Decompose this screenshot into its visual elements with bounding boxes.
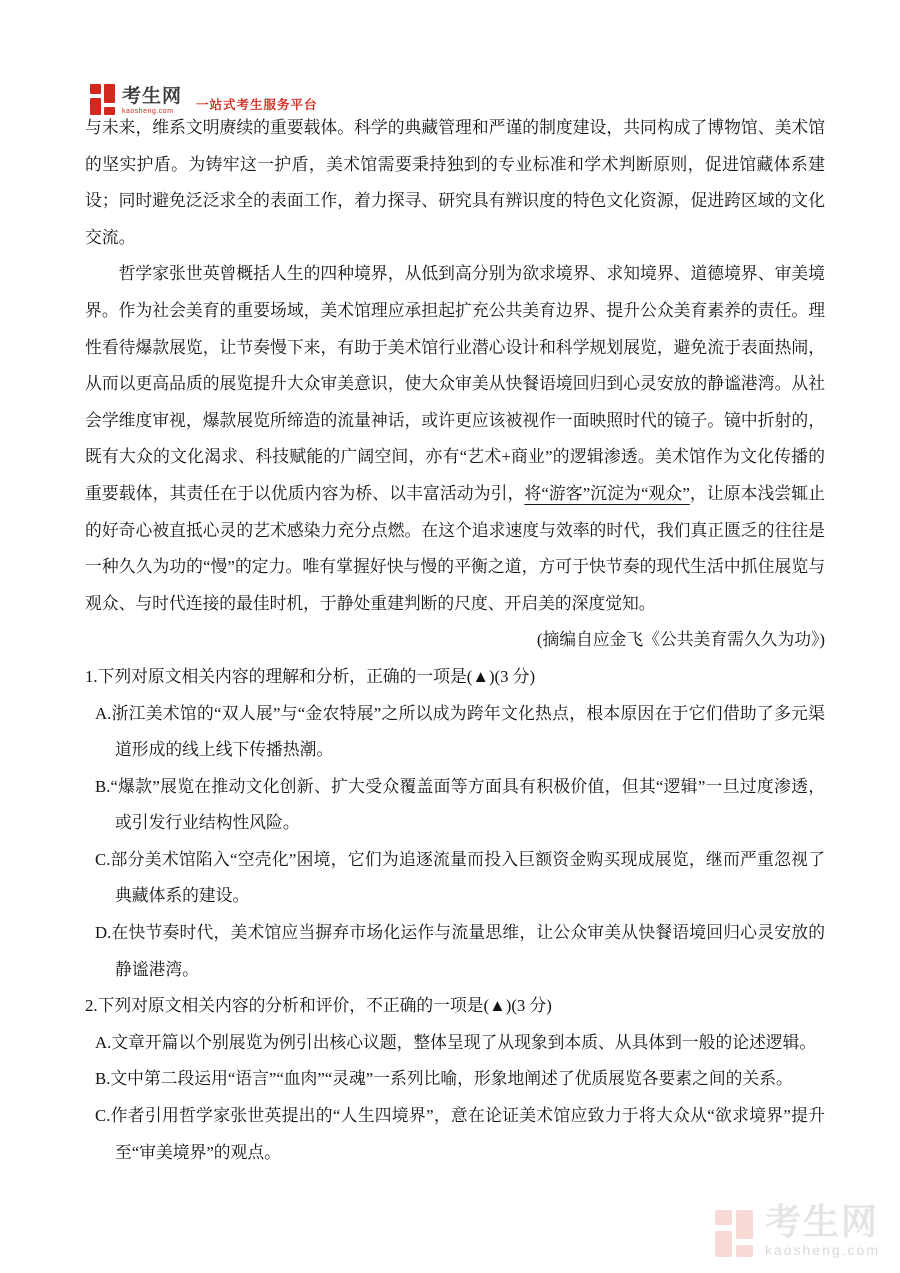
question-2-option-a: A.文章开篇以个别展览为例引出核心议题，整体呈现了从现象到本质、从具体到一般的论…	[115, 1025, 825, 1062]
passage-paragraph-2: 哲学家张世英曾概括人生的四种境界，从低到高分别为欲求境界、求知境界、道德境界、审…	[85, 256, 825, 622]
watermark-brand-domain: kaosheng.com	[765, 1243, 880, 1257]
question-1-option-a: A.浙江美术馆的“双人展”与“金农特展”之所以成为跨年文化热点，根本原因在于它们…	[115, 696, 825, 769]
question-1-stem: 1.下列对原文相关内容的理解和分析，正确的一项是(▲)(3 分)	[85, 659, 825, 696]
question-2-stem: 2.下列对原文相关内容的分析和评价，不正确的一项是(▲)(3 分)	[85, 988, 825, 1025]
document-content: 与未来，维系文明赓续的重要载体。科学的典藏管理和严谨的制度建设，共同构成了博物馆…	[85, 110, 825, 1171]
source-attribution: (摘编自应金飞《公共美育需久久为功》)	[85, 622, 825, 659]
paragraph-2-text-before: 哲学家张世英曾概括人生的四种境界，从低到高分别为欲求境界、求知境界、道德境界、审…	[85, 264, 825, 503]
question-1-option-b: B.“爆款”展览在推动文化创新、扩大受众覆盖面等方面具有积极价值，但其“逻辑”一…	[115, 769, 825, 842]
question-2-option-b: B.文中第二段运用“语言”“血肉”“灵魂”一系列比喻，形象地阐述了优质展览各要素…	[115, 1061, 825, 1098]
paragraph-2-text-after: ，让原本浅尝辄止的好奇心被直抵心灵的艺术感染力充分点燃。在这个追求速度与效率的时…	[85, 484, 825, 613]
watermark-text: 考生网 kaosheng.com	[765, 1204, 880, 1257]
watermark-brand-name: 考生网	[765, 1204, 880, 1240]
passage-paragraph-1: 与未来，维系文明赓续的重要载体。科学的典藏管理和严谨的制度建设，共同构成了博物馆…	[85, 110, 825, 256]
question-2-option-c: C.作者引用哲学家张世英提出的“人生四境界”，意在论证美术馆应致力于将大众从“欲…	[115, 1098, 825, 1171]
question-1-option-d: D.在快节奏时代，美术馆应当摒弃市场化运作与流量思维，让公众审美从快餐语境回归心…	[115, 915, 825, 988]
question-1-option-c: C.部分美术馆陷入“空壳化”困境，它们为追逐流量而投入巨额资金购买现成展览，继而…	[115, 842, 825, 915]
brand-name: 考生网	[122, 87, 182, 106]
watermark-logo: 考生网 kaosheng.com	[715, 1204, 880, 1257]
underlined-phrase: 将“游客”沉淀为“观众”	[524, 484, 689, 503]
watermark-h-blocks-icon	[715, 1210, 755, 1257]
